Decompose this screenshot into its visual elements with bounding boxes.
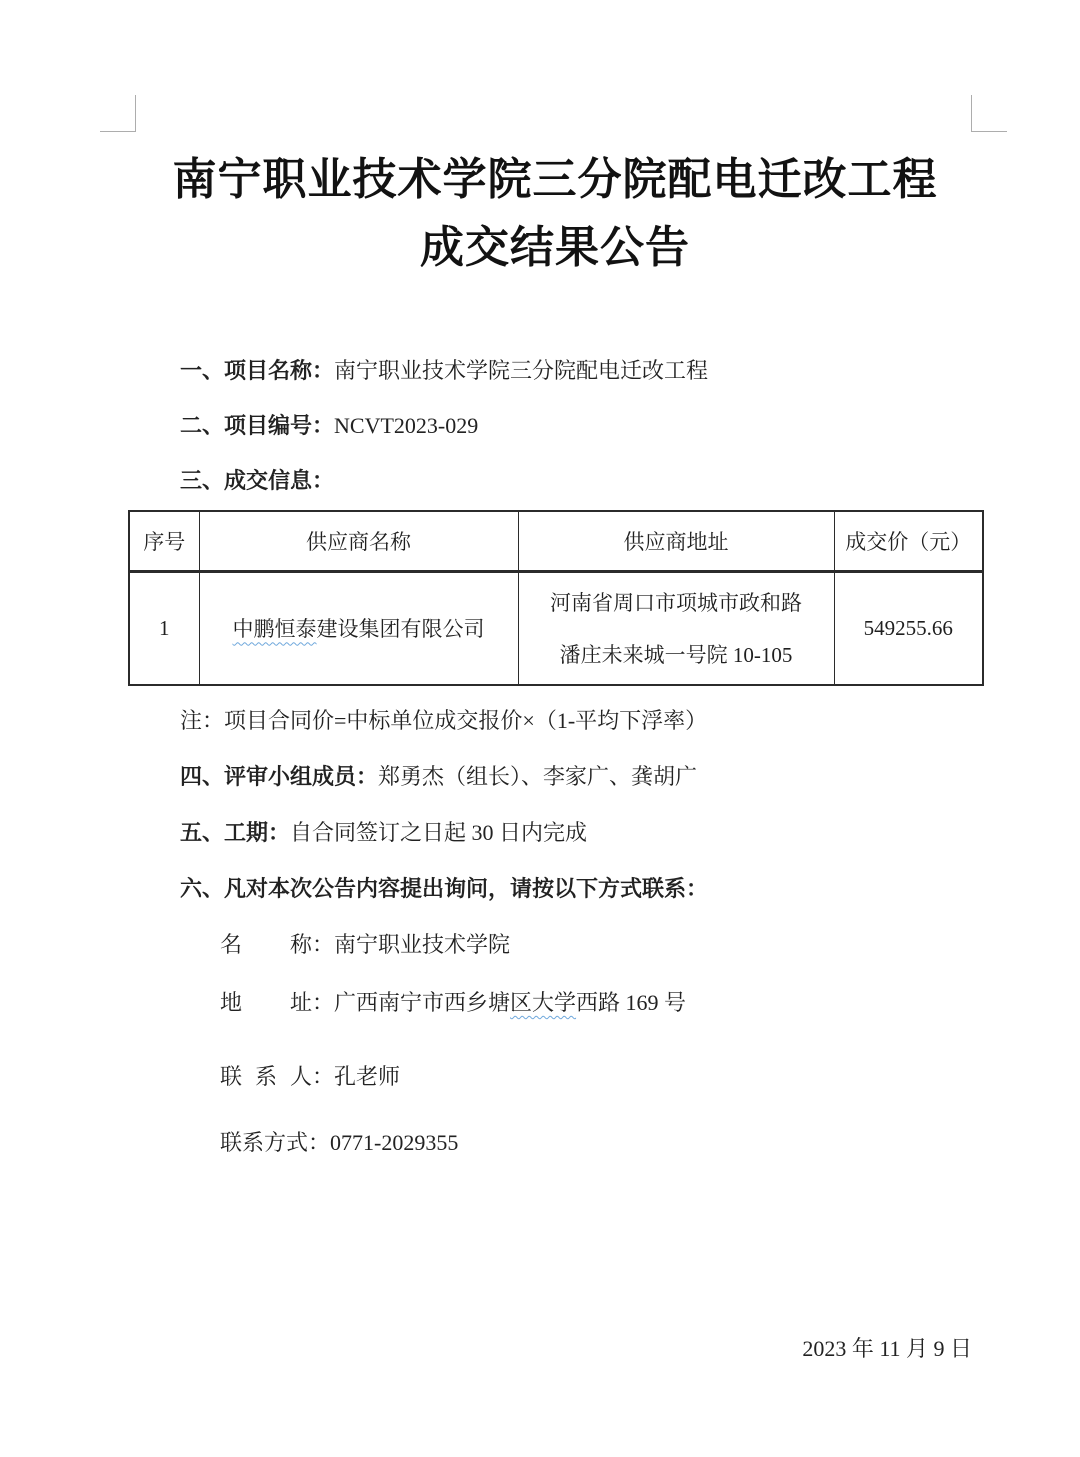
contact-address-wavy-part: 区大学 — [510, 990, 576, 1015]
contact-address-label: 地址 — [220, 986, 312, 1020]
contact-person-label-char-3: 人 — [290, 1060, 312, 1094]
contact-name-label-char-2: 称 — [290, 928, 312, 962]
table-row: 1 中鹏恒泰建设集团有限公司 河南省周口市项城市政和路 潘庄未来城一号院 10-… — [129, 571, 983, 685]
header-supplier-name: 供应商名称 — [199, 511, 518, 571]
review-panel-label: 四、评审小组成员： — [180, 764, 378, 789]
supplier-address-line-1: 河南省周口市项城市政和路 — [523, 587, 830, 617]
header-supplier-address: 供应商地址 — [518, 511, 834, 571]
document-date: 2023 年 11 月 9 日 — [128, 1332, 982, 1366]
cell-supplier-address: 河南省周口市项城市政和路 潘庄未来城一号院 10-105 — [518, 571, 834, 685]
contact-person-label: 联系人 — [220, 1060, 312, 1094]
contact-person-value: 孔老师 — [334, 1064, 400, 1089]
contact-phone-label: 联系方式： — [220, 1130, 330, 1155]
contact-person-colon: ： — [312, 1064, 334, 1089]
supplier-name-wavy-part: 中鹏恒泰 — [233, 617, 317, 641]
title-line-2: 成交结果公告 — [128, 214, 982, 282]
supplier-address-line-2: 潘庄未来城一号院 10-105 — [523, 639, 830, 669]
contact-address-label-char-2: 址 — [290, 986, 312, 1020]
cell-deal-price: 549255.66 — [834, 571, 983, 685]
section-inquiry: 六、凡对本次公告内容提出询问，请按以下方式联系： — [180, 872, 982, 906]
title-line-1: 南宁职业技术学院三分院配电迁改工程 — [128, 146, 982, 214]
document-body: 南宁职业技术学院三分院配电迁改工程 成交结果公告 一、项目名称：南宁职业技术学院… — [128, 0, 982, 1366]
header-seq: 序号 — [129, 511, 199, 571]
contact-address-label-char-1: 地 — [220, 986, 242, 1020]
supplier-name-rest: 建设集团有限公司 — [317, 617, 485, 641]
contact-name-value: 南宁职业技术学院 — [334, 932, 510, 957]
contact-person-label-char-1: 联 — [220, 1060, 242, 1094]
section-duration: 五、工期：自合同签订之日起 30 日内完成 — [180, 816, 982, 850]
contact-name-colon: ： — [312, 932, 334, 957]
contact-name-line: 名称：南宁职业技术学院 — [220, 928, 982, 962]
deal-result-table: 序号 供应商名称 供应商地址 成交价（元） 1 中鹏恒泰建设集团有限公司 河南省… — [128, 510, 984, 686]
cell-seq: 1 — [129, 571, 199, 685]
table-header-row: 序号 供应商名称 供应商地址 成交价（元） — [129, 511, 983, 571]
section-review-panel: 四、评审小组成员：郑勇杰（组长）、李家广、龚胡广 — [180, 760, 982, 794]
section-deal-info: 三、成交信息： — [180, 464, 982, 498]
project-name-label: 一、项目名称： — [180, 358, 334, 383]
document-title: 南宁职业技术学院三分院配电迁改工程 成交结果公告 — [128, 146, 982, 282]
contact-person-label-char-2: 系 — [255, 1060, 277, 1094]
duration-value: 自合同签订之日起 30 日内完成 — [290, 820, 587, 845]
contract-price-note: 注：项目合同价=中标单位成交报价×（1-平均下浮率） — [180, 704, 982, 738]
contact-phone-line: 联系方式：0771-2029355 — [220, 1126, 982, 1160]
contact-address-colon: ： — [312, 990, 334, 1015]
review-panel-members: 郑勇杰（组长）、李家广、龚胡广 — [378, 764, 697, 789]
contact-address-value-pre: 广西南宁市西乡塘 — [334, 990, 510, 1015]
duration-label: 五、工期： — [180, 820, 290, 845]
contact-address-value-post: 西路 169 号 — [576, 990, 686, 1015]
contact-person-line: 联系人：孔老师 — [220, 1060, 982, 1094]
deal-info-label: 三、成交信息： — [180, 468, 334, 493]
project-name-value: 南宁职业技术学院三分院配电迁改工程 — [334, 358, 708, 383]
section-project-number: 二、项目编号：NCVT2023-029 — [180, 409, 982, 443]
section-project-name: 一、项目名称：南宁职业技术学院三分院配电迁改工程 — [180, 354, 982, 388]
contact-name-label-char-1: 名 — [220, 928, 242, 962]
contact-address-line: 地址：广西南宁市西乡塘区大学西路 169 号 — [220, 986, 982, 1020]
header-deal-price: 成交价（元） — [834, 511, 983, 571]
contact-phone-value: 0771-2029355 — [330, 1130, 458, 1155]
project-number-value: NCVT2023-029 — [334, 413, 478, 438]
cell-supplier-name: 中鹏恒泰建设集团有限公司 — [199, 571, 518, 685]
project-number-label: 二、项目编号： — [180, 413, 334, 438]
contact-name-label: 名称 — [220, 928, 312, 962]
